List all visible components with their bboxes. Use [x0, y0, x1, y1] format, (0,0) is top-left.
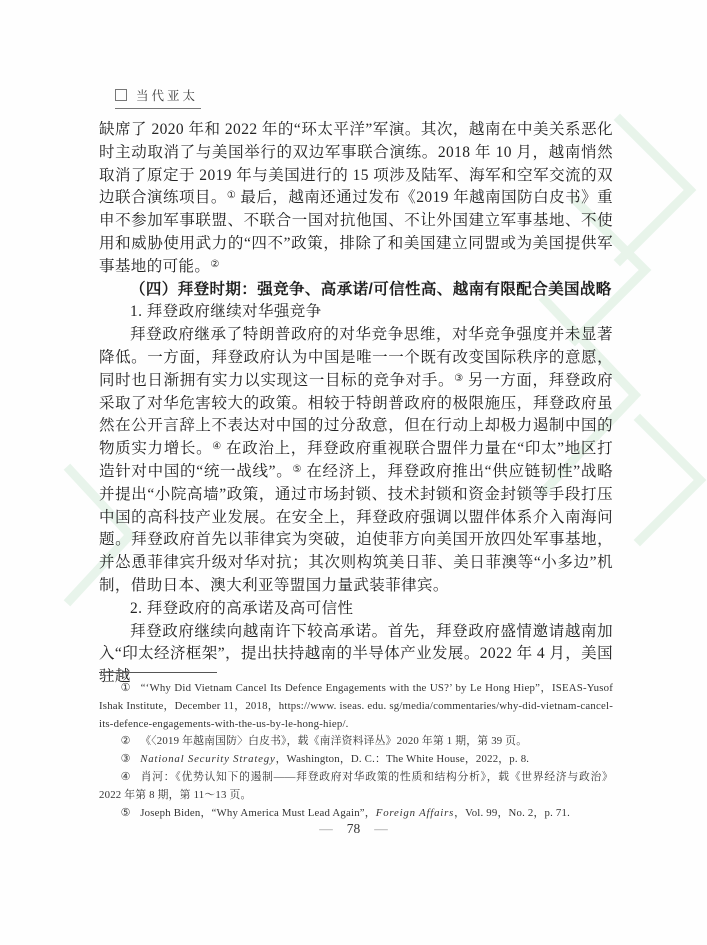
footnotes: ①“‘Why Did Vietnam Cancel Its Defence En…	[99, 680, 613, 822]
article-body: 缺席了 2020 年和 2022 年的“环太平洋”军演。其次，越南在中美关系恶化…	[99, 119, 613, 689]
footnote-ref: ②	[210, 259, 219, 270]
footnote-ref: ③	[454, 373, 463, 384]
footnote-item: ②《〈2019 年越南国防〉白皮书》，载《南洋资料译丛》2020 年第 1 期，…	[99, 733, 613, 751]
journal-marker-icon	[115, 89, 127, 101]
subsection-heading: 2. 拜登政府的高承诺及高可信性	[99, 598, 613, 621]
footnote-ref: ④	[212, 441, 221, 452]
page-number: 78	[347, 821, 361, 836]
footnote-item: ④肖河：《优势认知下的遏制——拜登政府对华政策的性质和结构分析》，载《世界经济与…	[99, 769, 613, 805]
footnote-separator	[99, 672, 217, 673]
journal-title: 当代亚太	[136, 89, 198, 103]
footer-dash-left: —	[319, 821, 333, 836]
footer-dash-right: —	[374, 821, 388, 836]
footnote-ref: ⑤	[292, 464, 301, 475]
section-heading: （四）拜登时期：强竞争、高承诺/可信性高、越南有限配合美国战略	[99, 279, 613, 302]
body-paragraph: 缺席了 2020 年和 2022 年的“环太平洋”军演。其次，越南在中美关系恶化…	[99, 119, 613, 279]
body-paragraph: 拜登政府继承了特朗普政府的对华竞争思维，对华竞争强度并未显著降低。一方面，拜登政…	[99, 324, 613, 598]
subsection-heading: 1. 拜登政府继续对华强竞争	[99, 301, 613, 324]
footnote-item: ①“‘Why Did Vietnam Cancel Its Defence En…	[99, 680, 613, 733]
page-footer: —78—	[0, 821, 707, 837]
body-paragraph: 拜登政府继续向越南许下较高承诺。首先，拜登政府盛情邀请越南加入“印太经济框架”，…	[99, 621, 613, 689]
footnote-marker: ②	[121, 735, 141, 747]
footnote-marker: ①	[121, 682, 141, 694]
footnote-item: ⑤Joseph Biden，“Why America Must Lead Aga…	[99, 805, 613, 823]
footnote-ref: ①	[227, 190, 236, 201]
journal-header: 当代亚太	[115, 86, 201, 109]
footnote-item: ③National Security Strategy，Washington，D…	[99, 751, 613, 769]
footnote-marker: ④	[121, 771, 141, 783]
footnote-marker: ③	[121, 753, 141, 765]
document-page: 当代亚太 缺席了 2020 年和 2022 年的“环太平洋”军演。其次，越南在中…	[0, 0, 707, 945]
footnote-marker: ⑤	[121, 807, 141, 819]
